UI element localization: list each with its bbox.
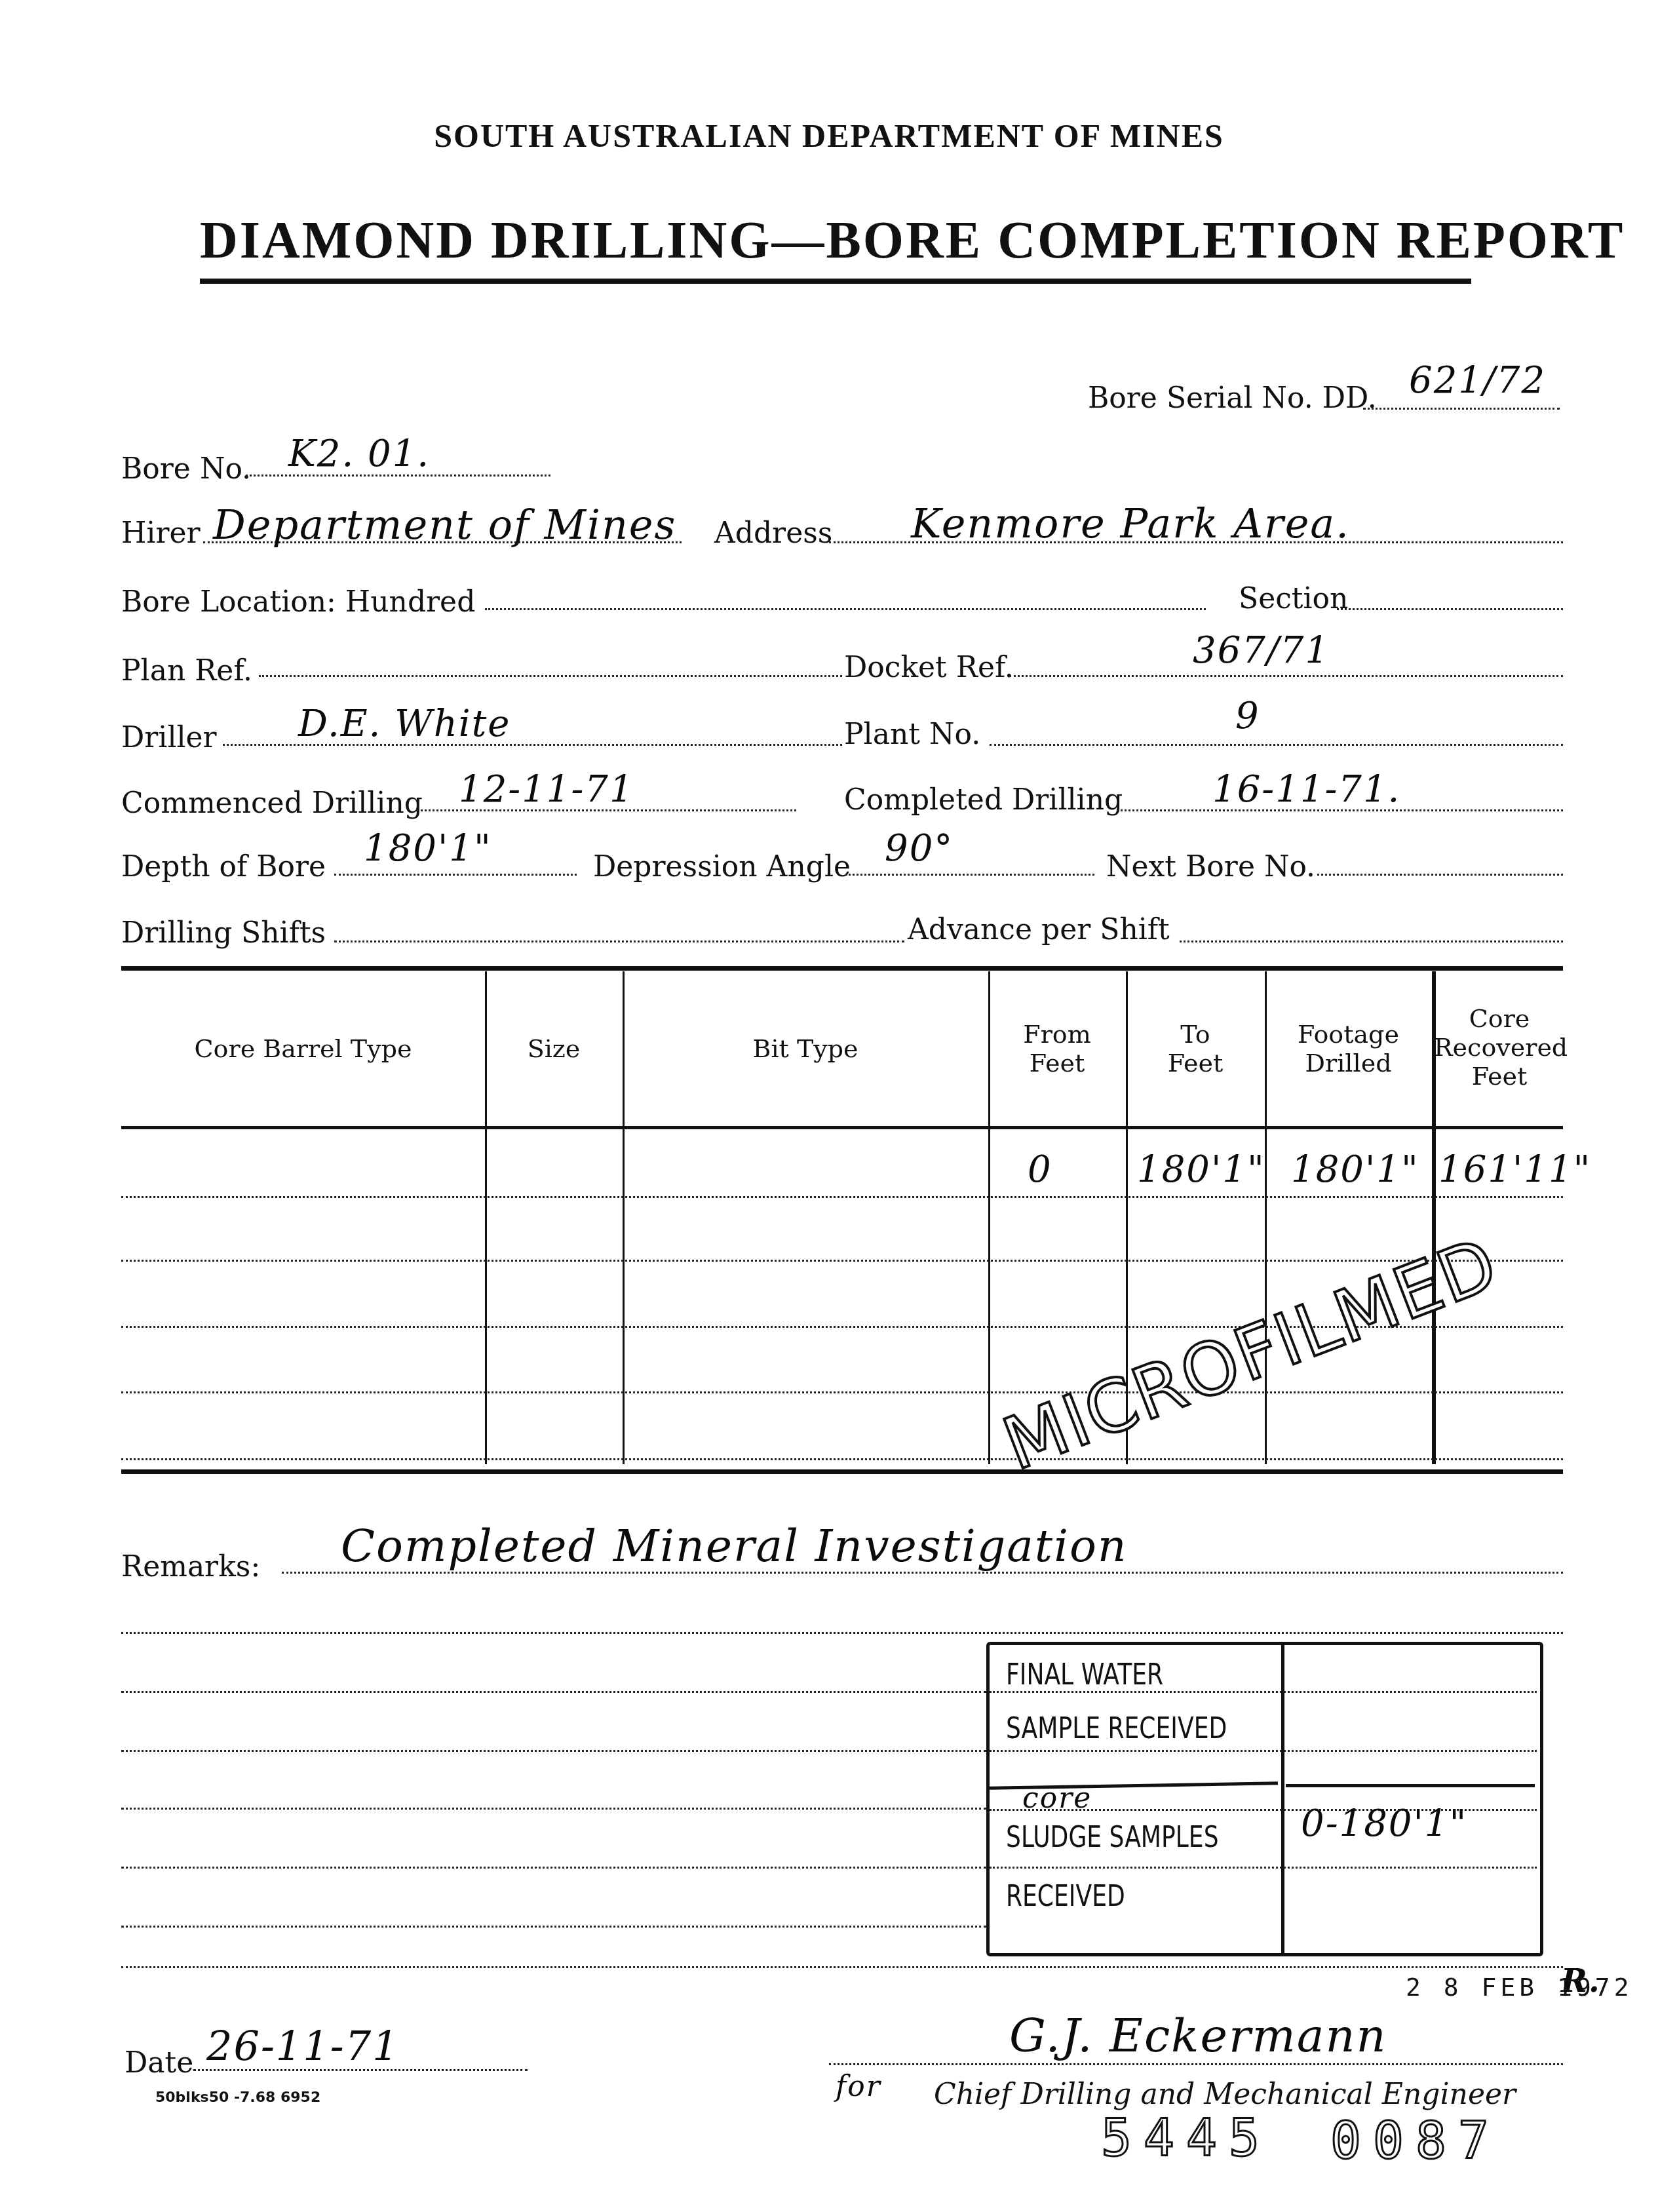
header-footage-drilled: Footage Drilled	[1265, 1020, 1432, 1077]
next-bore-line	[1317, 874, 1563, 876]
sludge-received-text: RECEIVED	[1006, 1880, 1125, 1913]
department-heading: SOUTH AUSTRALIAN DEPARTMENT OF MINES	[0, 117, 1658, 155]
print-code: 50blks50 -7.68 6952	[155, 2089, 320, 2106]
title-underline	[200, 279, 1471, 284]
depression-angle-label: Depression Angle	[593, 850, 851, 883]
driller-value[interactable]: D.E. White	[298, 703, 511, 745]
bore-location-label: Bore Location: Hundred	[121, 585, 475, 619]
sludge-samples-text: SLUDGE SAMPLES	[1006, 1821, 1219, 1854]
bore-no-value[interactable]: K2. 01.	[288, 433, 430, 475]
cell-to-feet[interactable]: 180'1"	[1137, 1148, 1265, 1191]
signature-prefix: for	[836, 2070, 881, 2103]
bore-serial-value[interactable]: 621/72	[1409, 359, 1546, 402]
cell-from-feet[interactable]: 0	[1028, 1148, 1052, 1191]
hirer-value[interactable]: Department of Mines	[213, 501, 676, 549]
stamp-row-line	[990, 1750, 1537, 1752]
depth-value[interactable]: 180'1"	[364, 827, 492, 870]
next-bore-label: Next Bore No.	[1106, 850, 1315, 883]
remarks-value[interactable]: Completed Mineral Investigation	[341, 1521, 1128, 1572]
drilling-shifts-line	[334, 941, 904, 942]
advance-per-shift-line	[1180, 941, 1563, 942]
row-separator	[121, 1260, 1563, 1262]
drilling-shifts-label: Drilling Shifts	[121, 916, 326, 950]
table-header-rule	[121, 1126, 1563, 1129]
depression-angle-line	[845, 874, 1094, 876]
depression-angle-value[interactable]: 90°	[885, 827, 954, 870]
remarks-line-4	[121, 1750, 986, 1752]
bore-serial-line	[1363, 408, 1560, 410]
plant-no-label: Plant No.	[844, 718, 980, 751]
header-to-feet: To Feet	[1126, 1020, 1265, 1077]
header-core-recovered-feet: Core Recovered Feet	[1434, 1004, 1565, 1091]
bore-serial-label: Bore Serial No. DD.	[1088, 381, 1377, 415]
cell-core-recovered[interactable]: 161'11"	[1438, 1148, 1591, 1191]
advance-per-shift-label: Advance per Shift	[908, 913, 1170, 946]
plant-no-line	[990, 744, 1563, 746]
docket-ref-line	[1009, 675, 1563, 677]
hirer-label: Hirer	[121, 516, 201, 550]
header-from-feet: From Feet	[988, 1020, 1126, 1077]
date-label: Date	[125, 2046, 193, 2080]
address-label: Address	[714, 516, 832, 550]
bore-no-label: Bore No.	[121, 452, 251, 486]
row-separator	[121, 1196, 1563, 1198]
remarks-line-6	[121, 1867, 986, 1869]
plant-no-value[interactable]: 9	[1235, 695, 1260, 737]
row-separator	[121, 1391, 1563, 1393]
commenced-label: Commenced Drilling	[121, 786, 423, 820]
section-label: Section	[1239, 582, 1348, 615]
hundred-line	[485, 608, 1206, 610]
strike-line	[1286, 1784, 1535, 1787]
plan-ref-label: Plan Ref.	[121, 654, 252, 688]
remarks-line-7	[121, 1926, 986, 1928]
header-core-barrel-type: Core Barrel Type	[121, 1034, 485, 1063]
sludge-samples-value[interactable]: 0-180'1"	[1301, 1802, 1467, 1845]
section-line	[1337, 608, 1563, 610]
row-separator	[121, 1458, 1563, 1460]
address-value[interactable]: Kenmore Park Area.	[911, 499, 1350, 547]
depth-label: Depth of Bore	[121, 850, 326, 883]
driller-label: Driller	[121, 721, 217, 754]
header-bit-type: Bit Type	[623, 1034, 988, 1063]
depth-line	[334, 874, 577, 876]
docket-ref-label: Docket Ref.	[844, 651, 1014, 684]
remarks-line-2	[121, 1632, 1563, 1634]
received-initial: R.	[1561, 1963, 1601, 2000]
signature: G.J. Eckermann	[1009, 2009, 1387, 2063]
plan-ref-line	[259, 675, 842, 677]
document-number-a: 5445	[1101, 2109, 1271, 2168]
remarks-line-5	[121, 1808, 986, 1810]
header-size: Size	[485, 1034, 623, 1063]
final-water-text: FINAL WATER	[1006, 1658, 1163, 1692]
stamp-row-line	[990, 1867, 1537, 1869]
core-annotation: core	[1022, 1781, 1092, 1815]
docket-ref-value[interactable]: 367/71	[1193, 629, 1330, 672]
table-bottom-rule	[121, 1469, 1563, 1474]
cell-footage-drilled[interactable]: 180'1"	[1291, 1148, 1419, 1191]
completed-value[interactable]: 16-11-71.	[1212, 768, 1400, 811]
sample-received-text: SAMPLE RECEIVED	[1006, 1712, 1227, 1745]
stamp-divider	[1281, 1642, 1284, 1955]
table-top-rule	[121, 966, 1563, 971]
signature-line	[829, 2063, 1563, 2065]
date-value[interactable]: 26-11-71	[206, 2022, 400, 2070]
commenced-value[interactable]: 12-11-71	[459, 768, 634, 811]
remarks-line-3	[121, 1691, 986, 1693]
completed-label: Completed Drilling	[844, 783, 1123, 817]
remarks-label: Remarks:	[121, 1550, 260, 1583]
remarks-line-8	[121, 1966, 1563, 1968]
document-number-b: 0087	[1330, 2112, 1501, 2171]
signatory-title: Chief Drilling and Mechanical Engineer	[934, 2078, 1516, 2111]
report-title: DIAMOND DRILLING—BORE COMPLETION REPORT	[200, 211, 1625, 271]
